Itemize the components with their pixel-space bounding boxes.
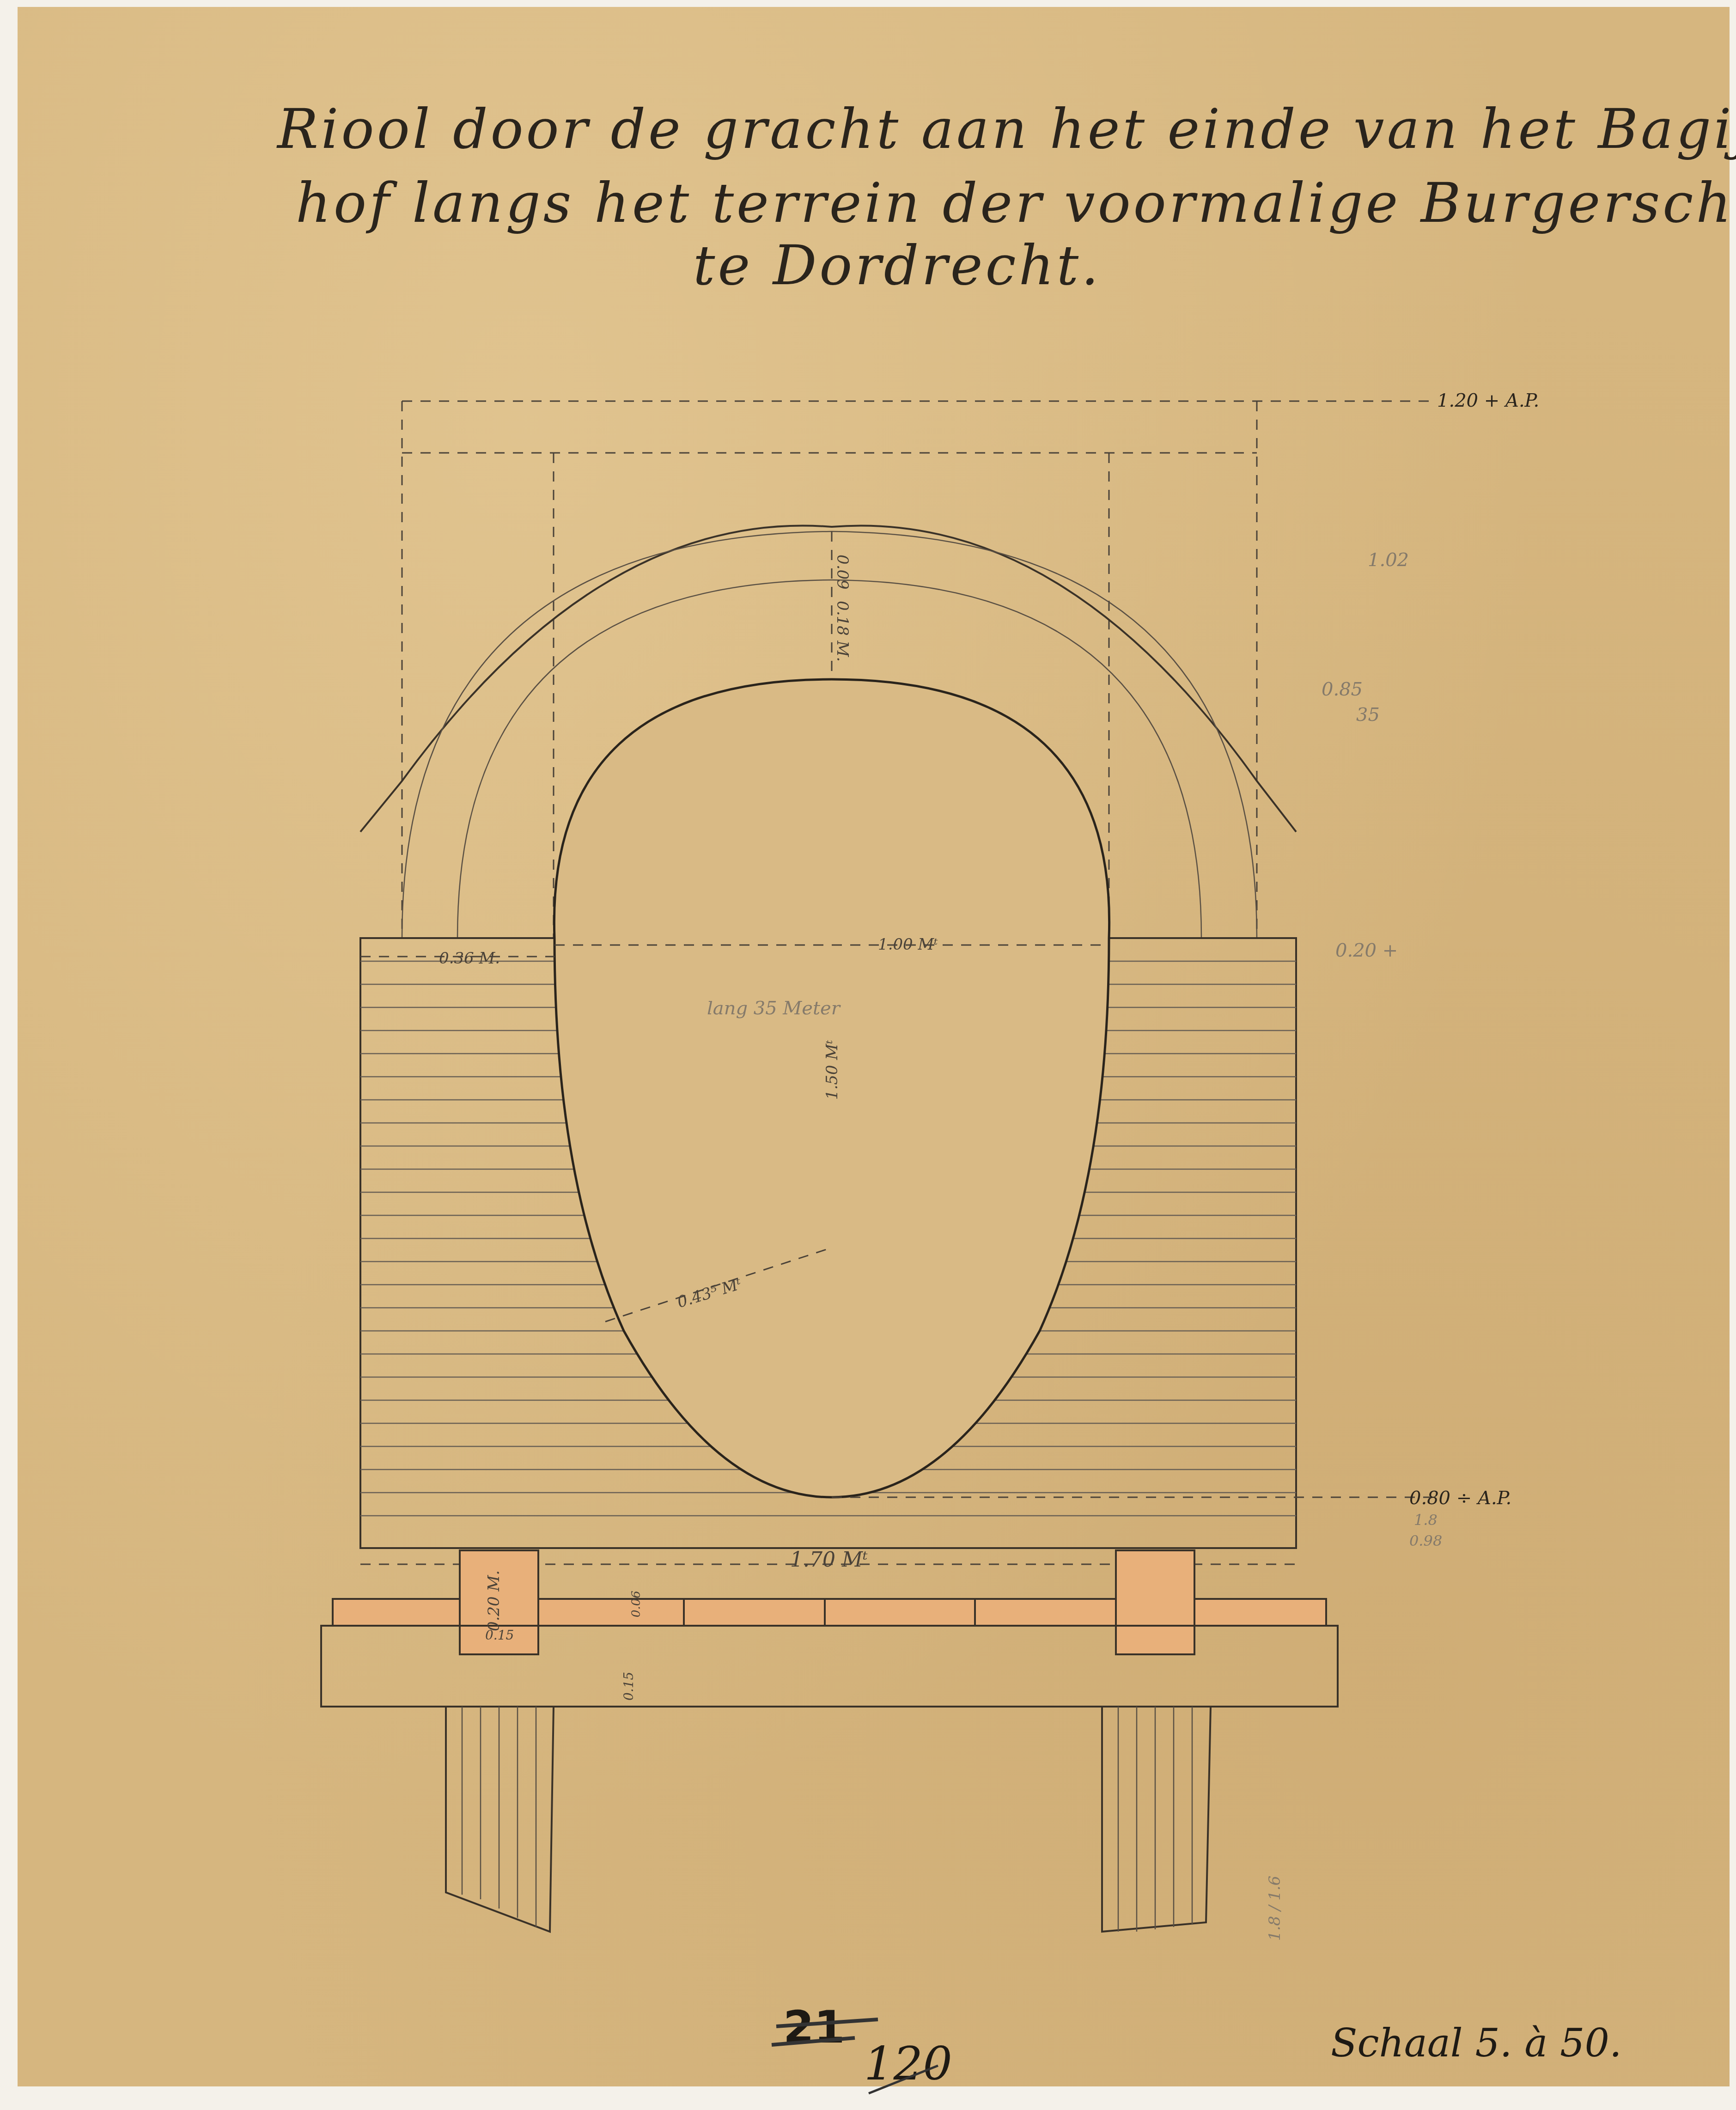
pencil-note-mid-b: 35	[1356, 704, 1380, 726]
footer: 21 120 Schaal 5. à 50.	[772, 2001, 1622, 2093]
pencil-note-bottom-right: 1.8 / 1.6	[1266, 1876, 1284, 1941]
title-line-2: hof langs het terrein der voormalige Bur…	[296, 171, 1736, 235]
pencil-note-springing: 0.20 +	[1335, 940, 1398, 961]
sheet-number-crossed: 21	[783, 2001, 845, 2053]
dim-sill-height: 0.20 M.	[485, 1570, 503, 1631]
dim-inner-height: 1.50 Mᵗ	[823, 1040, 841, 1100]
drawing-canvas: Riool door de gracht aan het einde van h…	[0, 0, 1736, 2110]
dim-inner-width: 1.00 Mᵗ	[878, 935, 938, 954]
dim-wall-width: 0.36 M.	[439, 949, 500, 968]
level-top-label: 1.20 + A.P.	[1437, 390, 1539, 411]
timber-foundation: 0.20 M. 0.15 0.06 0.15	[321, 1550, 1338, 1707]
piles	[446, 1707, 1211, 1932]
pencil-note-top-right: 1.02	[1368, 549, 1409, 571]
dim-base-width: 1.70 Mᵗ	[790, 1548, 868, 1572]
dim-beam-depth: 0.15	[621, 1672, 636, 1701]
pencil-note-below-a: 1.8	[1414, 1511, 1438, 1529]
scale-label: Schaal 5. à 50.	[1331, 2020, 1622, 2066]
dim-crown-outer: 0.09	[833, 555, 852, 590]
sheet-number: 120	[864, 2037, 952, 2091]
pencil-note-mid-a: 0.85	[1322, 679, 1363, 700]
title-line-1: Riool door de gracht aan het einde van h…	[276, 97, 1736, 161]
title-line-3: te Dordrecht.	[693, 233, 1102, 297]
title-block: Riool door de gracht aan het einde van h…	[276, 97, 1736, 297]
right-sill	[1116, 1550, 1194, 1654]
dim-plank-thickness: 0.06	[629, 1591, 643, 1617]
pencil-note-below-b: 0.98	[1409, 1532, 1442, 1549]
dim-crown-inner: 0.18 M.	[833, 601, 852, 662]
dim-sill-width: 0.15	[485, 1628, 514, 1643]
level-invert-label: 0.80 ÷ A.P.	[1409, 1488, 1511, 1509]
pencil-note-length: lang 35 Meter	[707, 998, 841, 1019]
